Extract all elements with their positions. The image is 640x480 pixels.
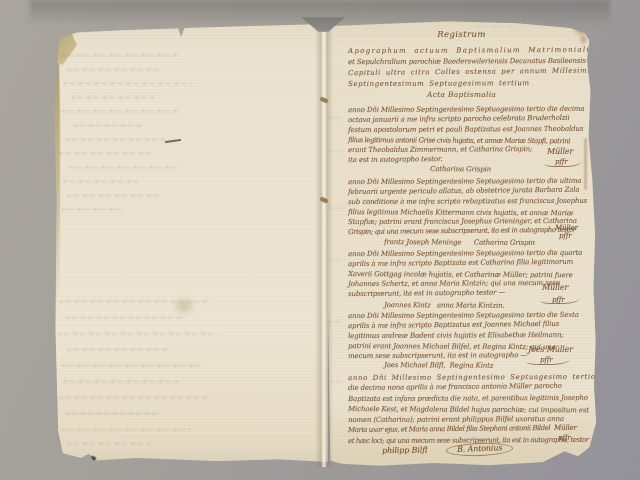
entry-line: Johannes Schertz, et anna Maria Kintzin;…	[348, 279, 560, 288]
right-page: Registrum Apographum actuum Baptismalium…	[326, 20, 597, 467]
register-heading: Registrum	[326, 31, 597, 39]
signature-title: pffr	[559, 232, 571, 240]
bleedthrough-line	[67, 194, 163, 197]
bleedthrough-line	[61, 364, 201, 367]
priest-signature: Joes Müller	[528, 346, 573, 354]
bleedthrough-line	[61, 54, 181, 57]
bleedthrough-line	[67, 442, 151, 445]
paper-stain	[171, 296, 197, 316]
deckle-edge	[52, 34, 60, 314]
edge-streak	[584, 138, 587, 190]
bleedthrough-line	[65, 138, 169, 141]
entry-line: legitimus andreæ Badent civis hujatis et…	[348, 331, 564, 340]
bleedthrough-line	[63, 380, 179, 383]
priest-signature: Müller	[547, 148, 573, 156]
bleedthrough-line	[65, 316, 185, 319]
bleedthrough-line	[69, 166, 179, 169]
bleedthrough-line	[61, 110, 179, 113]
bleedthrough-line	[61, 428, 191, 431]
bleedthrough-line	[65, 412, 161, 415]
bleedthrough-line	[67, 68, 163, 71]
entry-line: nomen (Catharina); patrini erant philipp…	[348, 415, 564, 424]
priest-signature: Müller	[554, 424, 577, 432]
bleedthrough-line	[67, 348, 171, 351]
bleedthrough-line	[73, 124, 143, 127]
entry-line: februarii urgente periculo allatus, ab o…	[348, 186, 579, 196]
entry-line: anno Dñi Millesimo Septingentesimo Septu…	[348, 249, 582, 258]
entry-line: Xaverii Gottgag incolæ hujatis, et Catha…	[348, 270, 573, 279]
edge-tear	[86, 456, 96, 461]
bleedthrough-line	[71, 96, 155, 99]
backdrop: Registrum Apographum actuum Baptismalium…	[0, 0, 640, 480]
entry-line: filius legitimus antonii Grise civis huj…	[348, 136, 570, 145]
intro-line: Apographum actuum Baptismalium Matrimoni…	[348, 46, 604, 55]
signature-title: pffr	[558, 434, 570, 442]
bleedthrough-line	[63, 180, 139, 183]
witness-subscript: Catharina Grispin	[430, 165, 491, 173]
entry-line: die decima nona aprilis à me francisco a…	[348, 382, 562, 392]
circled-signature: B. Antonius	[446, 443, 513, 456]
signature-flourish	[526, 359, 570, 365]
witness-subscript: Joannes Kintz anna Maria Kintzin.	[384, 301, 504, 310]
bleedthrough-line	[59, 396, 209, 399]
book-spine	[315, 20, 333, 467]
circled-signature-name: B. Antonius	[446, 442, 514, 457]
entry-line: Maria uxor ejus, et Maria anna Bildel fi…	[348, 424, 550, 434]
priest-signature: Müller	[555, 224, 578, 232]
entry-line: patrini erant Joannes Michael Bilfel, et…	[348, 342, 556, 351]
witness-subscript: Joes Michael Bilfl, Regina Kintz	[384, 361, 493, 370]
section-heading: Acta Baptismalia	[326, 91, 597, 99]
entry-line: anno Dñi Millesimo Septingentesimo Septu…	[348, 105, 584, 114]
entry-line: Michaele Kest, et Magdalena Bildel hujus…	[348, 405, 589, 414]
entry-line: Baptizata est infans prædicta die nata, …	[348, 394, 588, 403]
entry-line: filius legitimus Michaelis Kittermann ci…	[348, 208, 573, 217]
entry-line: erant Theobaldus Zimmermann, et Catharin…	[348, 145, 532, 154]
priest-signature: Müller	[542, 284, 568, 292]
entry-line: aprilis à me infra scripto Baptizata est…	[348, 258, 573, 268]
entry-line: subscripserunt, ita est in autographo te…	[348, 288, 505, 298]
godfather-signature: philipp Bilfl	[382, 447, 427, 455]
entry-line: anno Dñi Millesimo Septingentesimo Septu…	[348, 373, 596, 382]
entry-line: aprilis à me infra scripto Baptizatus es…	[348, 320, 559, 330]
witness-subscript: frantz Joseph Meninge Catharina Grispin	[384, 238, 535, 247]
bleedthrough-line	[63, 82, 193, 85]
bleedthrough-line	[59, 152, 151, 155]
entry-line: festum apostolorum petri et pauli Baptiz…	[348, 125, 583, 134]
folded-corner	[53, 29, 77, 65]
entry-line: mecum sese subscripserunt, ita est in au…	[348, 351, 527, 360]
bleedthrough-line	[61, 208, 125, 211]
entry-line: octava januarii a me infra scripto paroc…	[348, 114, 570, 124]
intro-line: Capituli ultra citra Colles ostensa per …	[348, 66, 600, 77]
signature-flourish	[540, 298, 580, 304]
entry-line: anno Dñi Millesimo Septingentesimo Septu…	[348, 177, 581, 186]
bleedthrough-line	[57, 332, 217, 335]
entry-line: sub conditione à me infra scripto rebapt…	[348, 197, 587, 206]
entry-line: Stapfiæ; patrini erant franciscus Joseph…	[348, 217, 577, 226]
intro-line: Septingentesimum Septuagesimum tertium	[348, 79, 530, 88]
signature-flourish	[544, 161, 582, 167]
entry-line: ita est in autographo testor.	[348, 155, 442, 164]
intro-line: et Sepulchralium parochiæ Baederswilerie…	[348, 57, 586, 66]
bleedthrough-line	[476, 25, 516, 28]
entry-line: anno Dñi Millesimo Septingentesimo Septu…	[348, 311, 579, 320]
entry-line: Grispin; qui una mecum sese subscripseru…	[348, 226, 576, 236]
left-page	[53, 24, 328, 462]
